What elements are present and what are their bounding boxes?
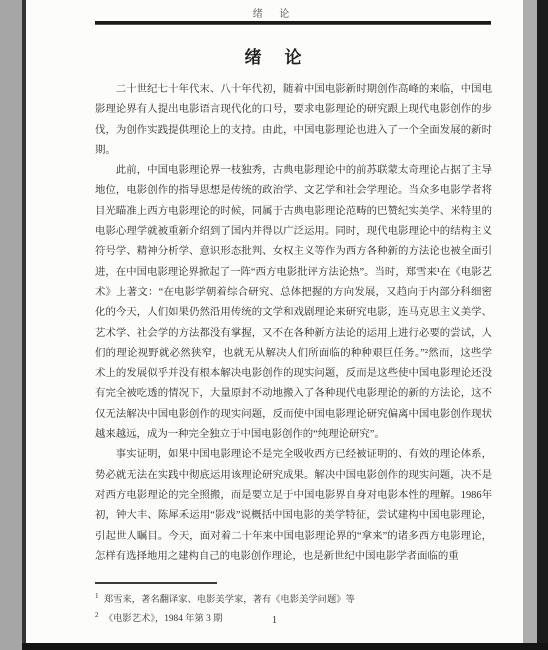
- scan-right-margin: [523, 0, 537, 643]
- running-header: 绪 论: [26, 5, 523, 20]
- body-text-block: 二十世纪七十年代末、八十年代初，随着中国电影新时期创作高峰的来临，中国电影理论界…: [95, 80, 492, 567]
- scan-bottom-edge: [22, 643, 548, 650]
- body-paragraph: 此前，中国电影理论界一枝独秀，古典电影理论中的前苏联蒙太奇理论占据了主导地位，电…: [95, 161, 492, 445]
- scan-right-edge: [537, 0, 548, 650]
- scanned-document-viewport: 绪 论 绪 论 二十世纪七十年代末、八十年代初，随着中国电影新时期创作高峰的来临…: [0, 0, 548, 650]
- footnote-item: 1 郑雪来，著名翻译家、电影美学家，著有《电影美学问题》等: [95, 589, 492, 608]
- body-paragraph: 事实证明，如果中国电影理论不是完全吸收西方已经被证明的、有效的理论体系，势必就无…: [95, 445, 492, 567]
- page-title: 绪 论: [26, 43, 523, 68]
- footnote-text: 郑雪来，著名翻译家、电影美学家，著有《电影美学问题》等: [104, 595, 355, 605]
- body-paragraph: 二十世纪七十年代末、八十年代初，随着中国电影新时期创作高峰的来临，中国电影理论界…: [95, 80, 492, 161]
- footnote-separator-line: [95, 582, 217, 584]
- document-page: 绪 论 绪 论 二十世纪七十年代末、八十年代初，随着中国电影新时期创作高峰的来临…: [26, 0, 523, 643]
- header-rule-line: [95, 21, 491, 25]
- page-number: 1: [26, 615, 523, 626]
- scan-left-margin: [0, 0, 22, 650]
- footnote-marker: 1: [95, 592, 99, 600]
